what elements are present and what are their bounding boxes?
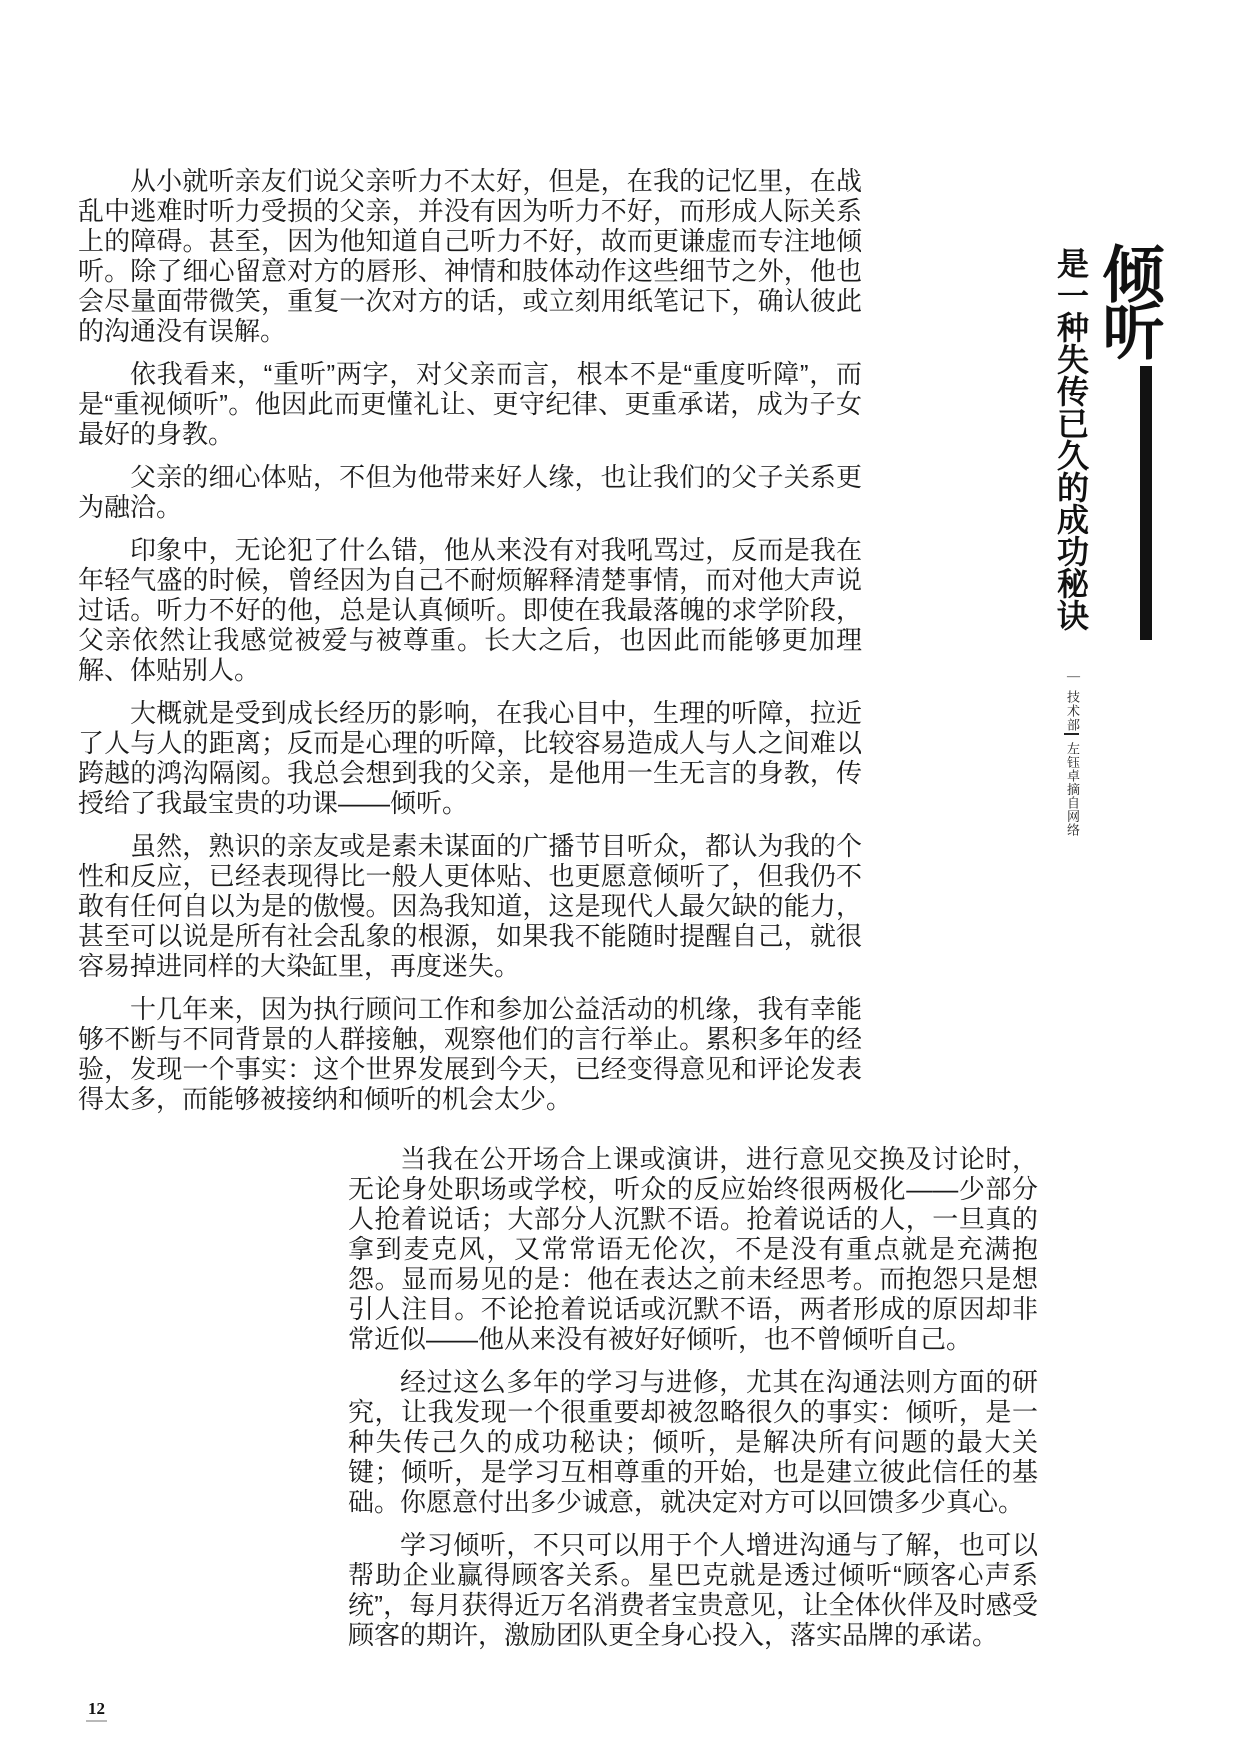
paragraph: 十几年来，因为执行顾问工作和参加公益活动的机缘，我有幸能够不断与不同背景的人群接… — [78, 994, 862, 1114]
magazine-page: { "colors": { "ink": "#1b1b1b", "backgro… — [0, 0, 1241, 1755]
paragraph: 印象中，无论犯了什么错，他从来没有对我吼骂过，反而是我在年轻气盛的时候，曾经因为… — [78, 535, 862, 685]
paragraph: 依我看来，“重听”两字，对父亲而言，根本不是“重度听障”，而是“重视倾听”。他因… — [78, 359, 862, 449]
byline-author: 左钰卓摘自网络 — [1063, 742, 1082, 837]
paragraph: 从小就听亲友们说父亲听力不太好，但是，在我的记忆里，在战乱中逃难时听力受损的父亲… — [78, 166, 862, 346]
page-number: 12 — [86, 1699, 107, 1722]
article-column-2: 当我在公开场合上课或演讲，进行意见交换及讨论时，无论身处职场或学校，听众的反应始… — [348, 1144, 1038, 1663]
paragraph: 虽然，熟识的亲友或是素未谋面的广播节目听众，都认为我的个性和反应，已经表现得比一… — [78, 831, 862, 981]
byline-dash: — — [1067, 668, 1080, 684]
byline-department: 技术部 — [1063, 690, 1082, 732]
paragraph: 父亲的细心体贴，不但为他带来好人缘，也让我们的父子关系更为融洽。 — [78, 462, 862, 522]
paragraph: 大概就是受到成长经历的影响，在我心目中，生理的听障，拉近了人与人的距离；反而是心… — [78, 698, 862, 818]
paragraph: 学习倾听，不只可以用于个人增进沟通与了解，也可以帮助企业赢得顾客关系。星巴克就是… — [348, 1530, 1038, 1650]
paragraph: 当我在公开场合上课或演讲，进行意见交换及讨论时，无论身处职场或学校，听众的反应始… — [348, 1144, 1038, 1354]
article-column-1: 从小就听亲友们说父亲听力不太好，但是，在我的记忆里，在战乱中逃难时听力受损的父亲… — [78, 166, 862, 1127]
paragraph: 经过这么多年的学习与进修，尤其在沟通法则方面的研究，让我发现一个很重要却被忽略很… — [348, 1367, 1038, 1517]
byline-divider — [1064, 733, 1079, 735]
article-subtitle: 是一种失传已久的成功秘诀 — [1050, 247, 1092, 647]
title-rule — [1140, 366, 1152, 640]
